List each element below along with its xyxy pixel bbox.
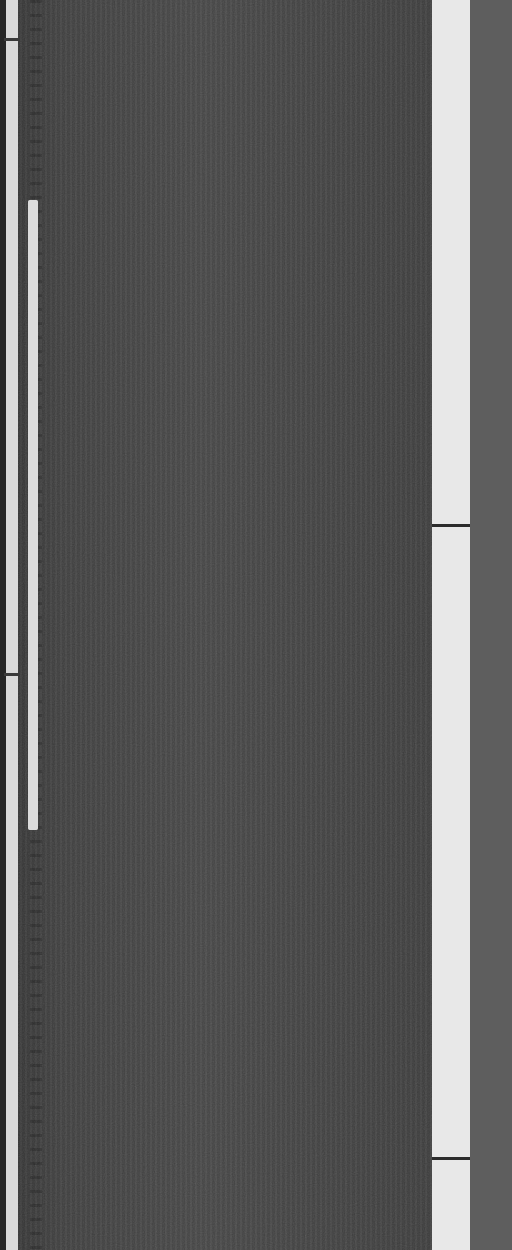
road-surface <box>0 0 512 1250</box>
road-shoulder <box>470 0 512 1250</box>
right-lane-marking <box>432 0 470 1250</box>
inner-lane-marking <box>28 200 38 830</box>
left-edge-marking <box>6 0 18 1250</box>
